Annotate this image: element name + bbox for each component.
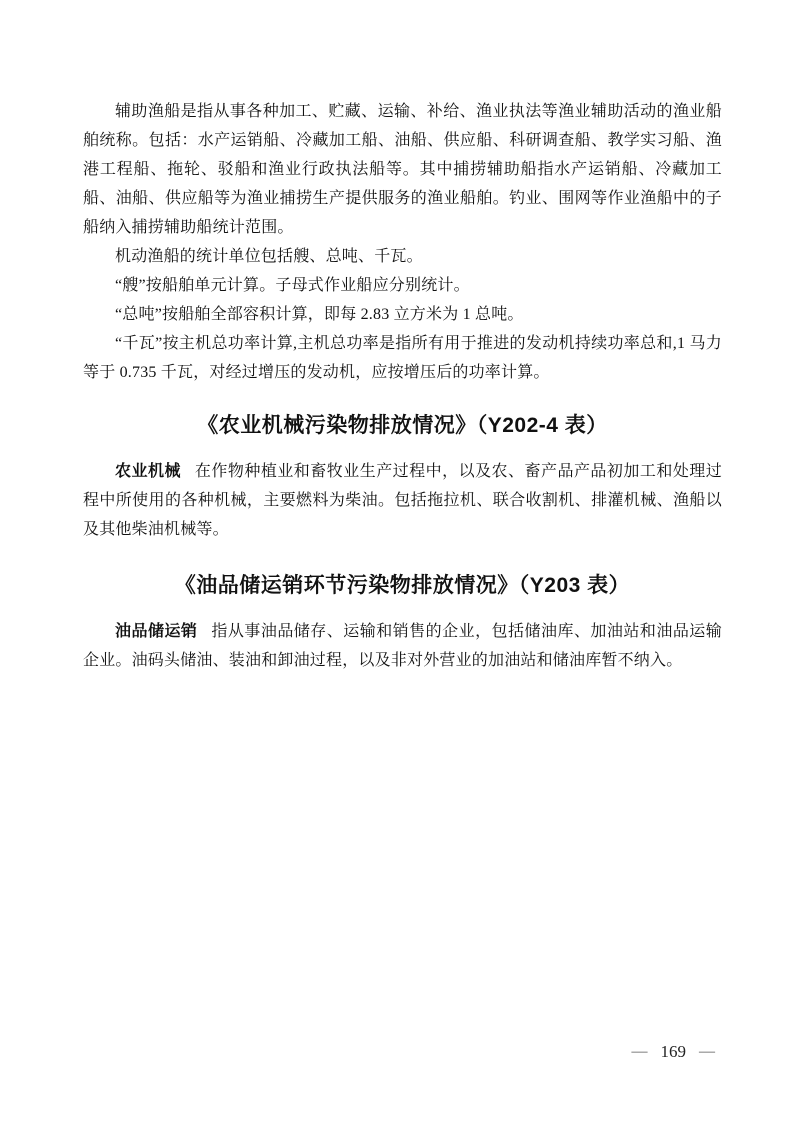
paragraph-auxiliary-fishing-vessels: 辅助渔船是指从事各种加工、贮藏、运输、补给、渔业执法等渔业辅助活动的渔业船舶统称… [83,97,722,242]
paragraph-agricultural-machinery: 农业机械在作物种植业和畜牧业生产过程中，以及农、畜产品产品初加工和处理过程中所使… [83,457,722,544]
page-number: 169 [661,1042,687,1062]
term-agricultural-machinery: 农业机械 [115,463,181,480]
paragraph-motor-vessel-units: 机动渔船的统计单位包括艘、总吨、千瓦。 [83,242,722,271]
section-title-y202-4: 《农业机械污染物排放情况》（Y202-4 表） [83,411,722,441]
paragraph-unit-kilowatt: “千瓦”按主机总功率计算,主机总功率是指所有用于推进的发动机持续功率总和,1 马… [83,329,722,387]
paragraph-oil-storage-transport-sales: 油品储运销指从事油品储存、运输和销售的企业，包括储油库、加油站和油品运输企业。油… [83,617,722,675]
footer-dash-left: — [632,1043,648,1061]
document-page: 辅助渔船是指从事各种加工、贮藏、运输、补给、渔业执法等渔业辅助活动的渔业船舶统称… [0,0,800,1131]
paragraph-unit-sou: “艘”按船舶单元计算。子母式作业船应分别统计。 [83,271,722,300]
page-footer: — 169 — [632,1042,716,1062]
section-title-y203: 《油品储运销环节污染物排放情况》（Y203 表） [83,571,722,601]
paragraph-unit-gross-ton: “总吨”按船舶全部容积计算，即每 2.83 立方米为 1 总吨。 [83,300,722,329]
footer-dash-right: — [699,1043,715,1061]
term-oil-storage-transport-sales: 油品储运销 [115,623,197,640]
